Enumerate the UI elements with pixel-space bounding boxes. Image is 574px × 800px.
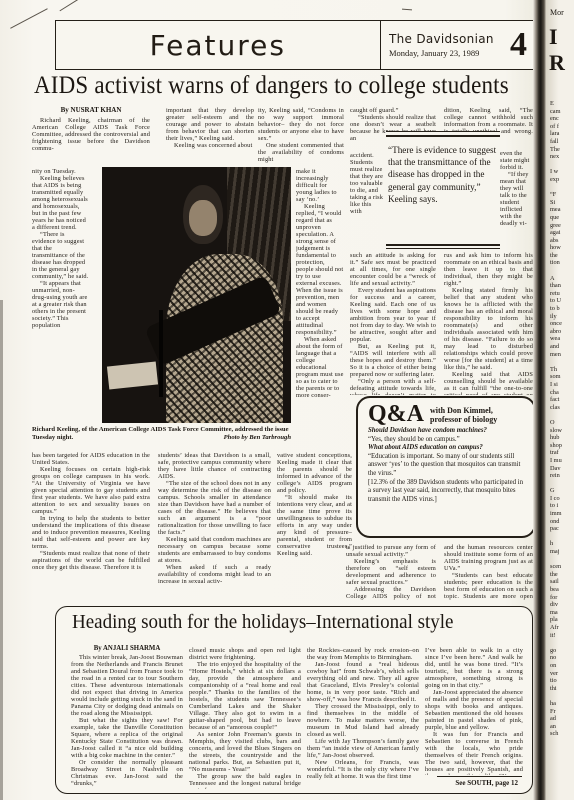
adjacent-page: Mor I R E cam enc of f lara fall The nex…	[546, 0, 574, 800]
article2-column3: the Rockies–caused by rock erosion–on th…	[307, 647, 419, 789]
article1-column2-bottom: students’ ideas that Davidson is a small…	[158, 452, 271, 600]
article2-headline: Heading south for the holidays–Internati…	[72, 611, 453, 634]
continuation-line: See SOUTH, page 12	[437, 776, 522, 787]
article1-column4-bottom: is justified to pursue any form of unsaf…	[346, 544, 436, 600]
qa-box: Q&A with Don Kimmel, professor of biolog…	[356, 396, 536, 538]
qa-header: Q&A with Don Kimmel, professor of biolog…	[368, 404, 526, 424]
article1-column3-wrap: make it increasingly difficult for young…	[296, 168, 344, 422]
article2-column2: closed music shops and open red light di…	[189, 647, 301, 789]
photo-mic-stand	[159, 310, 164, 397]
qa-survey-note: [12.3% of the 389 Davidson students who …	[368, 479, 526, 505]
newspaper-page: Features The Davidsonian Monday, January…	[0, 0, 574, 800]
article1-byline: By NUSRAT KHAN	[32, 106, 150, 114]
qa-question-1: Should Davidson have condom machines?	[368, 427, 526, 436]
section-banner: Features	[56, 21, 380, 69]
adjacent-page-text-fragments: E cam enc of f lara fall The nex I w exp…	[550, 100, 562, 738]
photo-credit: Photo by Ben Tarbrough	[224, 434, 291, 442]
article2-text: This winter break, Jan-Joost Bouwman fro…	[71, 654, 183, 787]
article2-column1: By ANJALI SHARMA This winter break, Jan-…	[71, 645, 183, 789]
issue-date: Monday, January 23, 1989	[389, 48, 494, 58]
article2-byline: By ANJALI SHARMA	[71, 645, 183, 652]
paper-name: The Davidsonian	[389, 32, 494, 46]
masthead-right: The Davidsonian Monday, January 23, 1989…	[381, 21, 533, 69]
qa-logo: Q&A	[368, 404, 424, 424]
article1-photo	[102, 167, 291, 423]
scan-scratch	[402, 9, 412, 11]
article2-box: Heading south for the holidays–Internati…	[55, 606, 533, 794]
photo-speaker-face	[189, 200, 217, 236]
adjacent-page-headline-fragment: I R	[549, 24, 565, 76]
article1-column4-mid: such an attitude is asking for it.” Safe…	[350, 252, 436, 395]
pull-quote-box: “There is evidence to suggest that the t…	[386, 131, 500, 249]
article1-text: Richard Keeling, chairman of the America…	[32, 117, 150, 152]
pull-quote-text: “There is evidence to suggest that the t…	[386, 135, 500, 246]
article1-column5-mid: rus and ask him to inform his roommate o…	[444, 252, 533, 395]
article1-column1-top: By NUSRAT KHAN Richard Keeling, chairman…	[32, 106, 150, 168]
article1-column3-top: ity, Keeling said, “Condoms in no way su…	[258, 107, 344, 165]
article1-column1-wrap: nity on Tuesday.Keeling believes that AI…	[32, 168, 89, 424]
article1-column2-top: important that they develop greater self…	[166, 107, 254, 165]
photo-caption: Richard Keeling, of the American College…	[32, 426, 291, 441]
scan-scratch	[10, 8, 48, 29]
qa-question-2: What about AIDS education on campus?	[368, 444, 526, 453]
photo-podium-paper	[107, 362, 158, 390]
article1-headline: AIDS activist warns of dangers to colleg…	[34, 72, 509, 100]
qa-title: professor of biology	[430, 415, 497, 424]
scan-scratch	[60, 0, 81, 11]
article1-column5-wrap: even the state might forbid it.“If they …	[500, 150, 533, 249]
page-fold	[533, 0, 546, 800]
adjacent-page-header-fragment: Mor	[550, 8, 564, 17]
article1-column4-wrap: accident. Students must realize that the…	[350, 152, 384, 249]
qa-with: with Don Kimmel,	[430, 406, 493, 415]
article1-column5-bottom: and the human resources center should in…	[444, 544, 533, 600]
qa-answer-2: “Education is important. So many of our …	[368, 453, 526, 479]
article1-column1-bottom: has been targeted for AIDS education in …	[32, 452, 150, 600]
section-title: Features	[150, 29, 286, 62]
page-edge-shadow	[0, 300, 3, 800]
qa-answer-1: “Yes, they should be on campus.”	[368, 436, 526, 445]
article1-column3-bottom: vative student conceptions, Keeling made…	[277, 452, 352, 600]
article2-column4: I’ve been able to walk in a city since I…	[425, 647, 523, 775]
page-number: 4	[510, 28, 527, 62]
masthead: Features The Davidsonian Monday, January…	[55, 20, 534, 70]
